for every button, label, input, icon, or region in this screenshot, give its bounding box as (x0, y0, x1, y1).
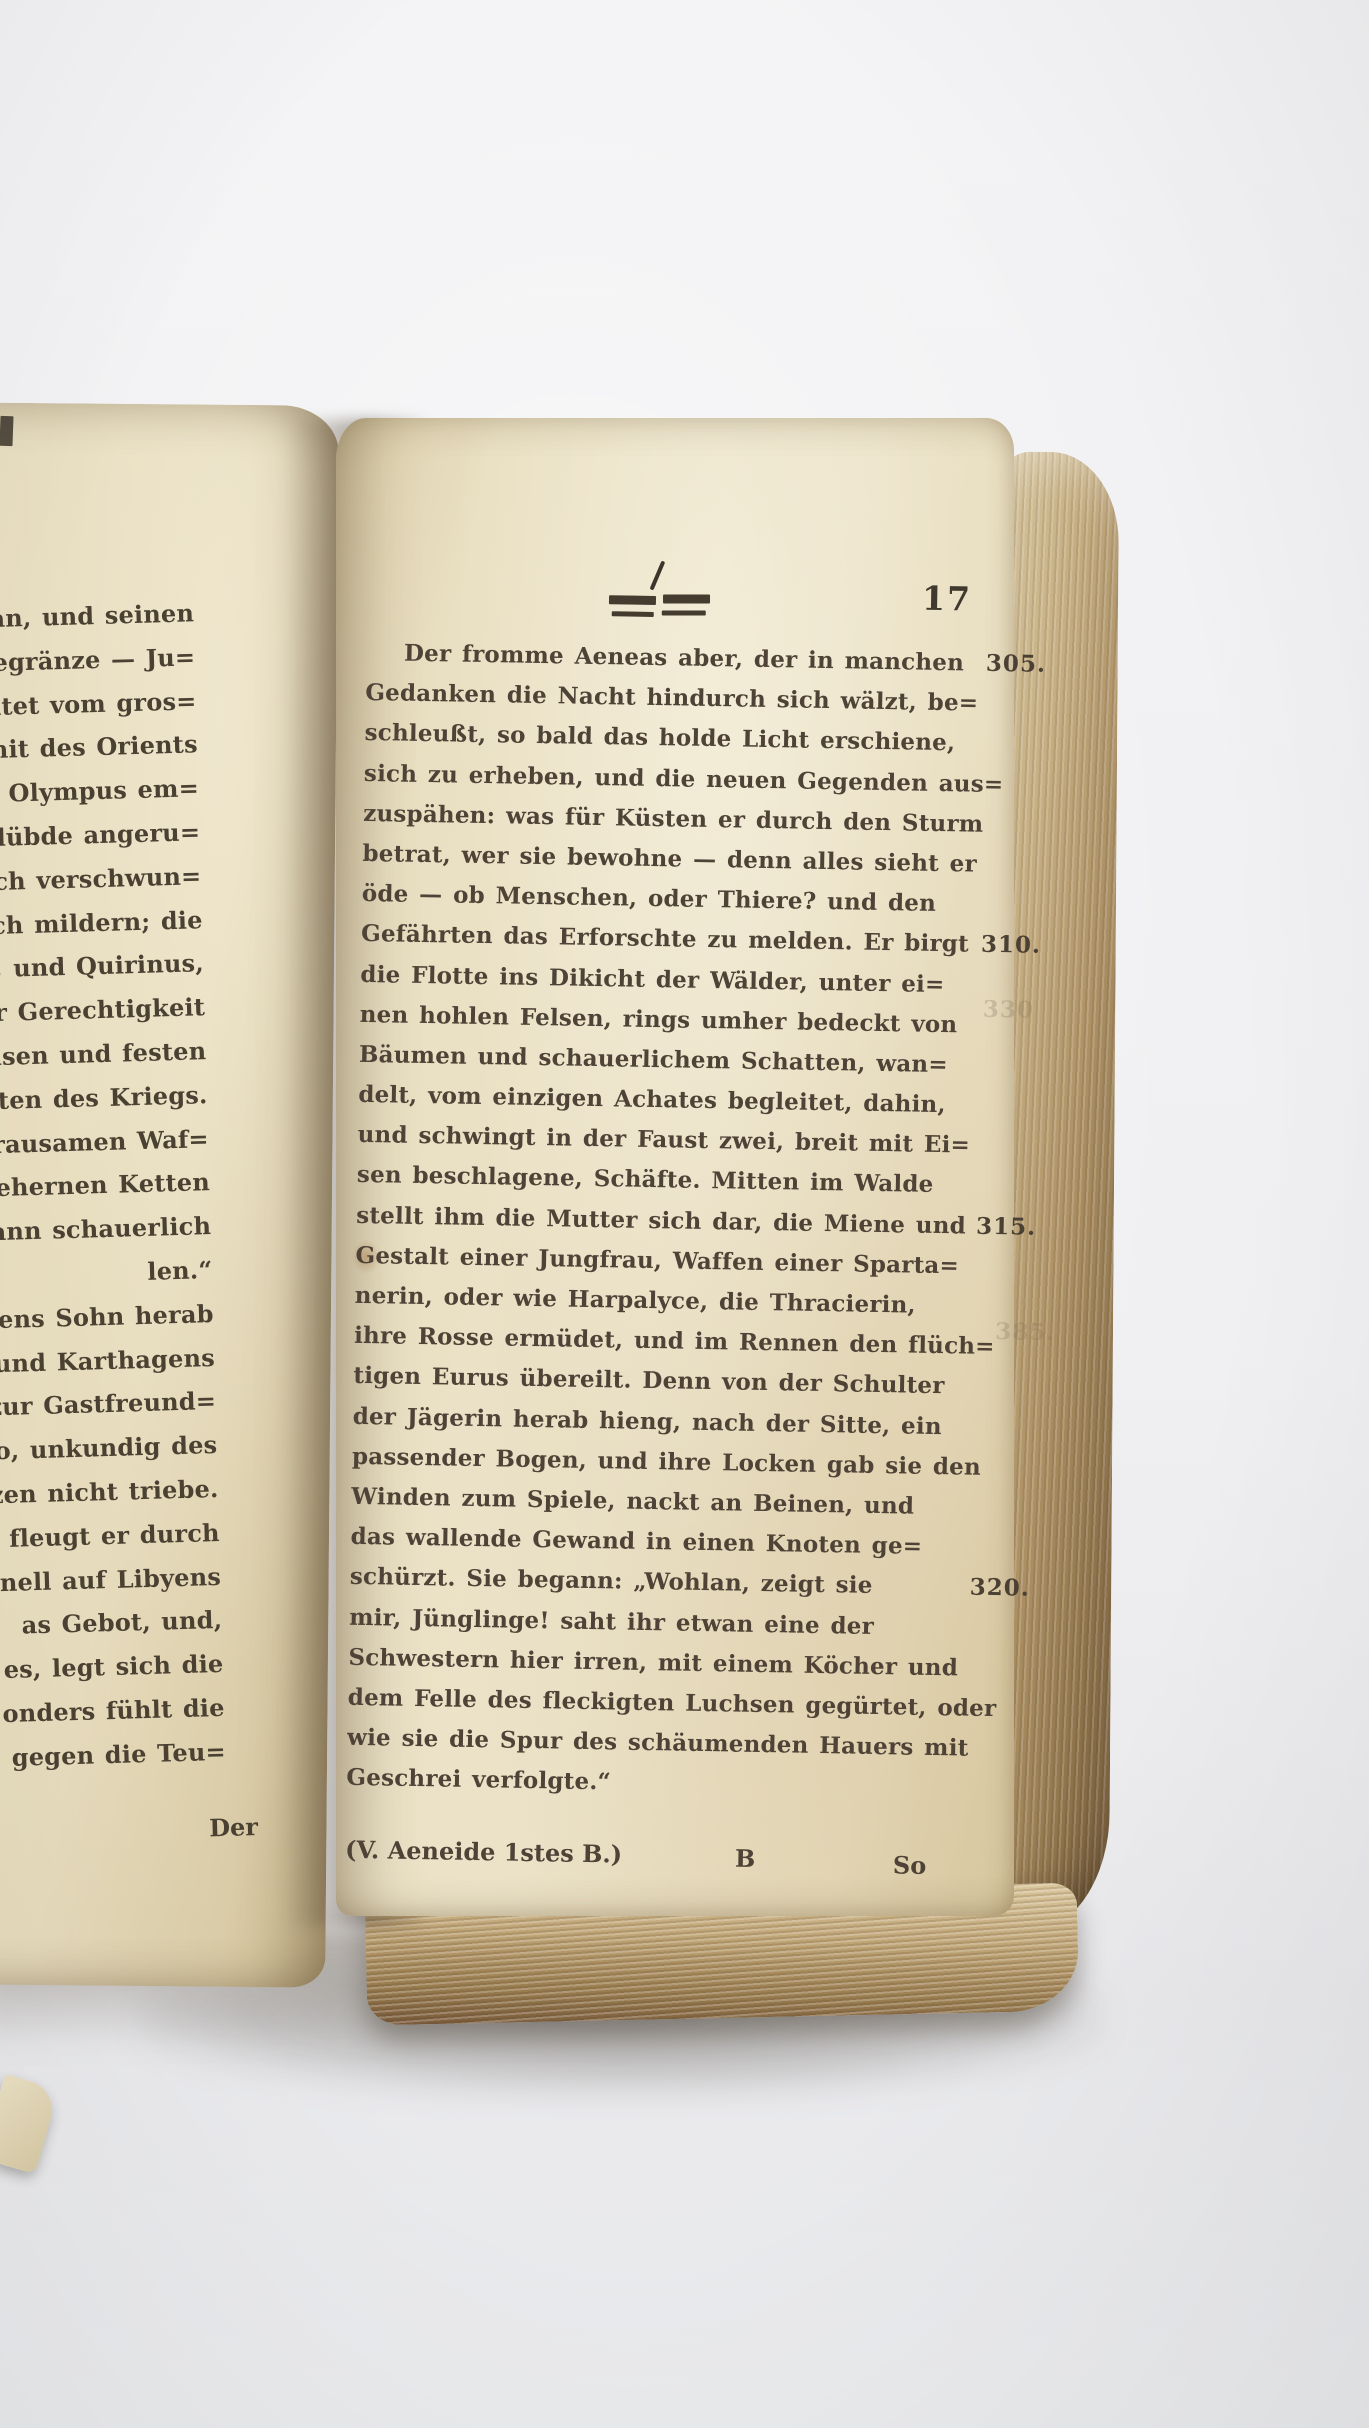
text-line-content: das wallende Gewand in einen Knoten ge= (350, 1523, 922, 1560)
text-line-content: sen beschlagene, Schäfte. Mitten im Wald… (357, 1161, 934, 1198)
text-line-content: Schwestern hier irren, mit einem Köcher … (348, 1643, 958, 1681)
left-page-lines: Ocean, und seinenrne begränze — Ju=abgel… (0, 591, 226, 1783)
left-page-text: Ocean, und seinenrne begränze — Ju=abgel… (0, 591, 226, 1783)
ink-mark-icon (650, 560, 666, 590)
text-line-content: nen hohlen Felsen, rings umher bedeckt v… (359, 1001, 957, 1038)
text-line-content: mir, Jünglinge! saht ihr etwan eine der (349, 1603, 874, 1639)
text-line-content: betrat, wer sie bewohne — denn alles sie… (362, 840, 977, 878)
text-line-content: Gefährten das Erforschte zu melden. Er b… (361, 920, 969, 958)
text-line-content: und schwingt in der Faust zwei, breit mi… (357, 1121, 970, 1159)
text-line-content: Bäumen und schauerlichem Schatten, wan= (359, 1041, 948, 1078)
book-photo: Ocean, und seinenrne begränze — Ju=abgel… (0, 0, 1369, 2428)
right-page-lines: Der fromme Aeneas aber, der in manchen 3… (346, 633, 958, 1809)
text-line-content: sich zu erheben, und die neuen Gegenden … (364, 760, 1004, 798)
left-page-catchword: Der (209, 1812, 259, 1842)
text-line-content: stellt ihm die Mutter sich dar, die Mien… (356, 1201, 966, 1239)
left-page-headline-fragment (0, 416, 14, 446)
text-line-content: Gestalt einer Jungfrau, Waffen einer Spa… (355, 1242, 959, 1280)
catchword: So (893, 1850, 927, 1880)
verse-number: 305. (986, 644, 1067, 686)
text-line-content: öde — ob Menschen, oder Thiere? und den (362, 880, 937, 917)
text-line-content: zuspähen: was für Küsten er durch den St… (363, 800, 984, 838)
page-footer: (V. Aeneide 1stes B.) B So (345, 1835, 946, 1885)
text-line-content: delt, vom einzigen Achates begleitet, da… (358, 1081, 946, 1118)
text-line-content: schleußt, so bald das holde Licht erschi… (364, 719, 955, 756)
verse-number: 315. (976, 1206, 1057, 1248)
text-line-content: Winden zum Spiele, nackt an Beinen, und (351, 1483, 914, 1520)
text-line-content: Der fromme Aeneas aber, der in manchen (366, 639, 964, 676)
right-page-text: 17 Der fromme Aeneas aber, der in manche… (333, 555, 966, 1905)
header-rule (662, 610, 706, 615)
header-rule (612, 611, 654, 617)
text-line-content: wie sie die Spur des schäumenden Hauers … (347, 1724, 969, 1762)
verse-number: 310. (981, 925, 1062, 967)
text-line-content: dem Felle des fleckigten Luchsen gegürte… (348, 1684, 997, 1722)
verse-number: 320. (969, 1568, 1050, 1610)
text-line-content: Gedanken die Nacht hindurch sich wälzt, … (365, 679, 978, 717)
text-line-content: tigen Eurus übereilt. Denn von der Schul… (353, 1362, 945, 1399)
text-line-content: schürzt. Sie begann: „Wohlan, zeigt sie (350, 1563, 873, 1599)
text-line-content: nerin, oder wie Harpalyce, die Thracieri… (355, 1282, 916, 1319)
bleedthrough-number: 330 (983, 996, 1034, 1024)
text-line-content: der Jägerin herab hieng, nach der Sitte,… (352, 1402, 942, 1439)
text-line-content: passender Bogen, und ihre Locken gab sie… (352, 1443, 981, 1481)
text-line-content: ihre Rosse ermüdet, und im Rennen den fl… (354, 1322, 995, 1360)
page-number: 17 (922, 579, 973, 619)
signature-note: (V. Aeneide 1stes B.) (345, 1835, 623, 1869)
header-rule (609, 595, 656, 605)
bleedthrough-number: 385. (995, 1318, 1055, 1346)
text-line-content: die Flotte ins Dikicht der Wälder, unter… (360, 960, 945, 997)
header-rule (663, 595, 710, 604)
gathering-letter: B (735, 1844, 756, 1873)
text-line-content: Geschrei verfolgte.“ (346, 1764, 611, 1796)
